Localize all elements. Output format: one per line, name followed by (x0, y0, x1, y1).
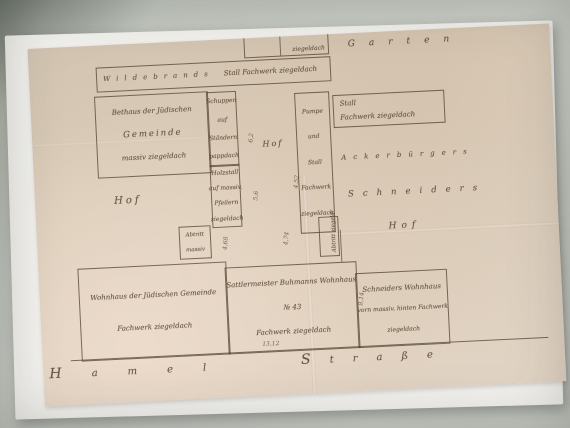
schneider-line-3: ziegeldach (387, 325, 420, 334)
right-area-hof-label: Hof (388, 220, 420, 232)
top-small-box-label: ziegeldach (292, 44, 325, 53)
paper-crease-horizontal (327, 221, 559, 236)
bethaus-line-2: Gemeinde (123, 128, 183, 142)
schuppen-line-2: auf (217, 116, 227, 124)
photo-of-plan: ziegeldach Garten Wildebrands Stall Fach… (0, 0, 570, 428)
buhmann-house-box: Sattlermeister Buhmanns Wohnhaus № 43 Fa… (224, 261, 360, 354)
schneider-line-2: vorn massiv, hinten Fachwerk (357, 303, 448, 315)
holzstall-box: Holzstall auf massiv. Pfeilern ziegeldac… (209, 164, 242, 228)
measurement-v2: 5,6 (252, 191, 260, 201)
stall-box: Stall Fachwerk ziegeldach (332, 90, 445, 128)
hof-center-label: Hof (262, 139, 283, 149)
measurement-w1: 13,12 (262, 340, 280, 348)
pumpe-line-4: Fachwerk (301, 183, 331, 192)
wohnhaus-gemeinde-box: Wohnhaus der Jüdischen Gemeinde Fachwerk… (77, 262, 230, 362)
schuppen-line-3: Ständern (209, 134, 237, 143)
stall-line-1: Stall (339, 99, 356, 109)
pumpe-line-1: Pumpe (302, 108, 323, 117)
bethaus-box: Bethaus der Jüdischen Gemeinde massiv zi… (94, 91, 212, 178)
abtritt-box: Abtritt massiv (178, 225, 212, 260)
schuppen-line-1: Schuppen (206, 97, 237, 106)
schneider-line-1: Schneiders Wohnhaus (362, 282, 441, 295)
hof-left-label: Hof (114, 195, 142, 207)
holzstall-line-1: Holzstall (211, 169, 238, 178)
pumpe-line-2: und (308, 133, 320, 141)
wohnhaus-line-1: Wohnhaus der Jüdischen Gemeinde (90, 288, 216, 304)
abtritt-line-1: Abtritt (185, 231, 204, 238)
top-strip-desc-label: Stall Fachwerk ziegeldach (224, 65, 318, 79)
wohnhaus-line-2: Fachwerk ziegeldach (117, 321, 192, 334)
top-strip-stall-box: Wildebrands Stall Fachwerk ziegeldach (96, 56, 332, 92)
privy-small-box: Abtritt ziegeld. (318, 216, 340, 257)
measurement-v6: 8,14 (357, 292, 365, 306)
measurement-v4: 4,74 (282, 231, 290, 245)
right-area-owner2-label: Schneiders (348, 183, 487, 200)
measurement-v5: 4,68 (222, 236, 230, 250)
top-strip-owner-label: Wildebrands (103, 70, 214, 85)
privy-small-label: Abtritt ziegeld. (330, 210, 338, 252)
schuppen-line-4: pappdach (209, 152, 239, 161)
bethaus-line-3: massiv ziegeldach (122, 152, 187, 165)
garten-area-label: Garten (347, 34, 463, 50)
right-area-owner-label: Ackerbürgers (341, 147, 474, 161)
schuppen-box: Schuppen auf Ständern pappdach (206, 91, 240, 167)
stall-line-2: Fachwerk ziegeldach (340, 110, 415, 123)
bethaus-line-1: Bethaus der Jüdischen (112, 105, 192, 118)
schneider-house-box: Schneiders Wohnhaus vorn massiv, hinten … (355, 269, 451, 348)
buhmann-line-3: Fachwerk ziegeldach (256, 326, 331, 339)
holzstall-line-3: Pfeilern (214, 199, 238, 208)
holzstall-line-2: auf massiv. (209, 184, 243, 193)
abtritt-line-2: massiv (186, 247, 205, 254)
buhmann-line-1: Sattlermeister Buhmanns Wohnhaus (226, 276, 356, 292)
plan-paper: ziegeldach Garten Wildebrands Stall Fach… (28, 23, 567, 406)
buhmann-line-2: № 43 (283, 303, 301, 313)
street-name-word1: Hamel (49, 357, 236, 382)
measurement-v1: 6,2 (247, 133, 255, 143)
pumpe-line-3: Stall (308, 158, 322, 166)
holzstall-line-4: ziegeldach (211, 214, 244, 223)
